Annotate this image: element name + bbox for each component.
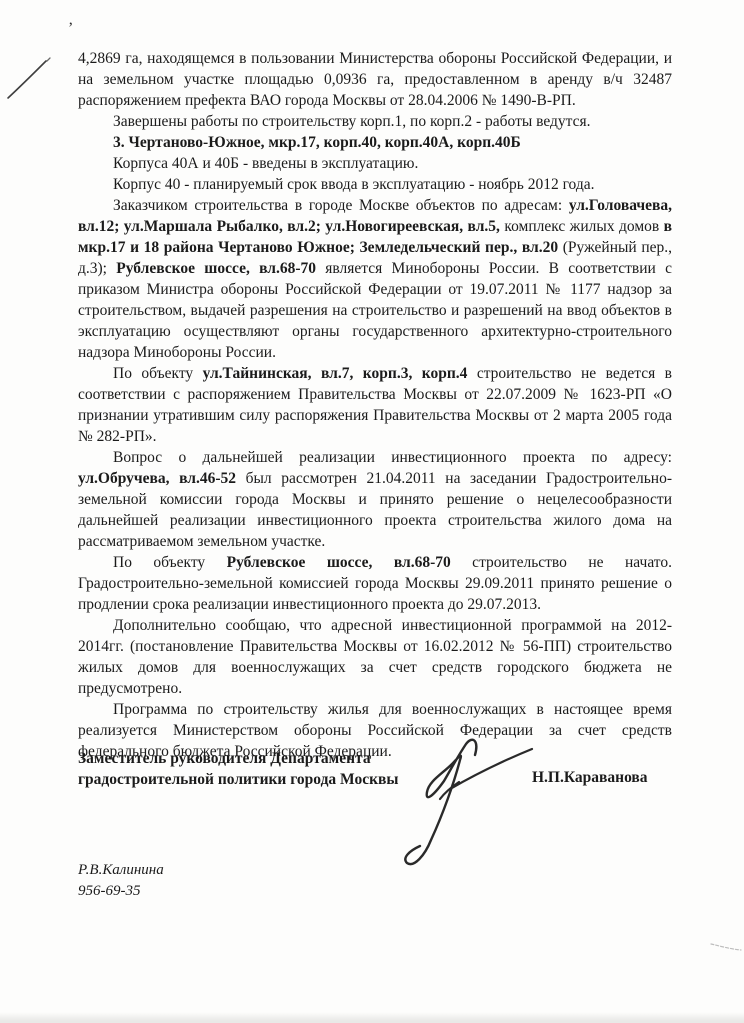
signoff-title: Заместитель руководителя Департамента гр… (78, 748, 448, 790)
text-run-bold: ул.Обручева, вл.46-52 (78, 470, 236, 487)
text-run: Корпуса 40А и 40Б - введены в эксплуатац… (113, 155, 418, 172)
para-obrucheva: Вопрос о дальнейшей реализации инвестици… (78, 447, 672, 552)
text-run: комплекс жилых домов (500, 218, 664, 235)
text-run: Вопрос о дальнейшей реализации инвестици… (113, 449, 672, 466)
pen-tick-mark: ’ (68, 20, 73, 38)
para-tayninskaya: По объекту ул.Тайнинская, вл.7, корп.3, … (78, 363, 672, 447)
signoff-title-line2: градостроительной политики города Москвы (78, 769, 448, 790)
text-run: По объекту (113, 554, 227, 571)
text-run-bold: 3. Чертаново-Южное, мкр.17, корп.40, кор… (113, 134, 521, 151)
signoff-name: Н.П.Караванова (532, 769, 648, 787)
text-run: Завершены работы по строительству корп.1… (113, 113, 591, 130)
scan-smudge-mark (710, 941, 742, 953)
signature-scribble (398, 730, 538, 880)
para-korpus-40: Корпус 40 - планируемый срок ввода в экс… (78, 174, 672, 195)
para-korpusa-40ab: Корпуса 40А и 40Б - введены в эксплуатац… (78, 153, 672, 174)
para-additional: Дополнительно сообщаю, что адресной инве… (78, 615, 672, 699)
scan-edge-shadow (0, 1012, 744, 1023)
scanned-letter-page: ’ 4,2869 га, находящемся в пользовании М… (0, 0, 744, 1023)
executor-name: Р.В.Калинина (78, 860, 164, 881)
text-run-bold: ул.Тайнинская, вл.7, корп.3, корп.4 (203, 365, 468, 382)
text-run: 4,2869 га, находящемся в пользовании Мин… (78, 50, 672, 109)
text-run-bold: Рублевское шоссе, вл.68-70 (116, 260, 316, 277)
heading-chertanovo: 3. Чертаново-Южное, мкр.17, корп.40, кор… (78, 132, 672, 153)
para-land-plot: 4,2869 га, находящемся в пользовании Мин… (78, 48, 672, 111)
text-run-bold: Рублевское шоссе, вл.68-70 (227, 554, 451, 571)
text-run: По объекту (113, 365, 203, 382)
para-works-completed: Завершены работы по строительству корп.1… (78, 111, 672, 132)
text-run: Корпус 40 - планируемый срок ввода в экс… (113, 176, 595, 193)
executor-phone: 956-69-35 (78, 881, 164, 902)
text-run: Дополнительно сообщаю, что адресной инве… (78, 617, 672, 697)
pen-slash-mark (2, 55, 54, 105)
document-body: 4,2869 га, находящемся в пользовании Мин… (78, 48, 672, 762)
text-run: Заказчиком строительства в городе Москве… (113, 197, 569, 214)
executor-footer: Р.В.Калинина 956-69-35 (78, 860, 164, 902)
para-customer: Заказчиком строительства в городе Москве… (78, 195, 672, 363)
signoff-title-line1: Заместитель руководителя Департамента (78, 748, 448, 769)
para-rublevskoe: По объекту Рублевское шоссе, вл.68-70 ст… (78, 552, 672, 615)
